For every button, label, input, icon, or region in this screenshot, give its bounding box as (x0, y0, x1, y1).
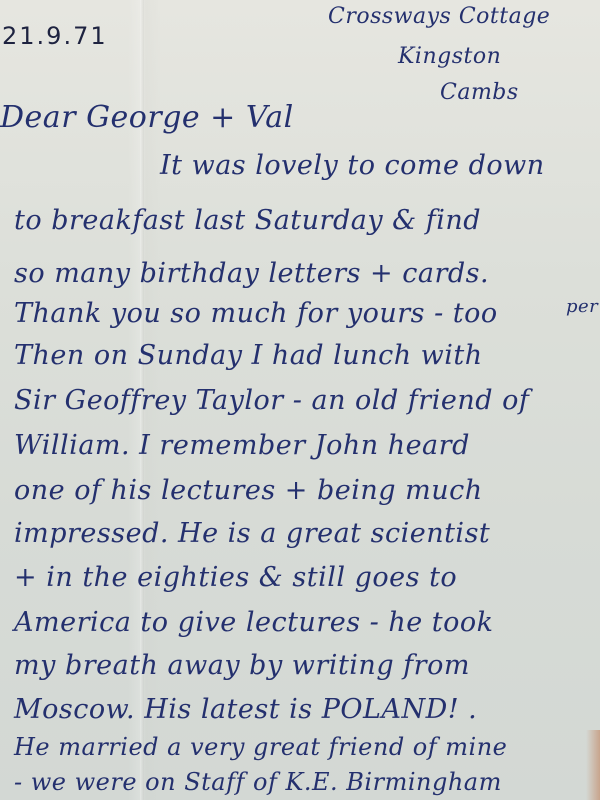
body-line: one of his lectures + being much (14, 475, 483, 506)
letter-paper: 21.9.71 Crossways Cottage Kingston Cambs… (0, 0, 600, 800)
body-line: - we were on Staff of K.E. Birmingham (14, 768, 502, 796)
paper-edge (586, 730, 600, 800)
address-line-1: Crossways Cottage (328, 4, 550, 29)
body-line: Then on Sunday I had lunch with (14, 340, 483, 371)
address-line-3: Cambs (440, 80, 519, 105)
body-line: so many birthday letters + cards. (14, 258, 489, 289)
body-line: William. I remember John heard (14, 430, 470, 461)
body-line: He married a very great friend of mine (14, 733, 507, 761)
body-line: Moscow. His latest is POLAND! . (14, 694, 477, 725)
body-line: Thank you so much for yours - too (14, 298, 498, 329)
body-line: Sir Geoffrey Taylor - an old friend of (14, 385, 529, 416)
salutation: Dear George + Val (0, 100, 294, 135)
address-line-2: Kingston (398, 44, 501, 69)
body-line: It was lovely to come down (160, 150, 545, 181)
body-line: + in the eighties & still goes to (14, 562, 457, 593)
letter-date: 21.9.71 (2, 22, 108, 50)
body-line: my breath away by writing from (14, 650, 470, 681)
body-line: America to give lectures - he took (14, 607, 494, 638)
body-line: to breakfast last Saturday & find (14, 205, 481, 236)
insertion-mark: per (566, 296, 598, 317)
body-line: impressed. He is a great scientist (14, 518, 490, 549)
